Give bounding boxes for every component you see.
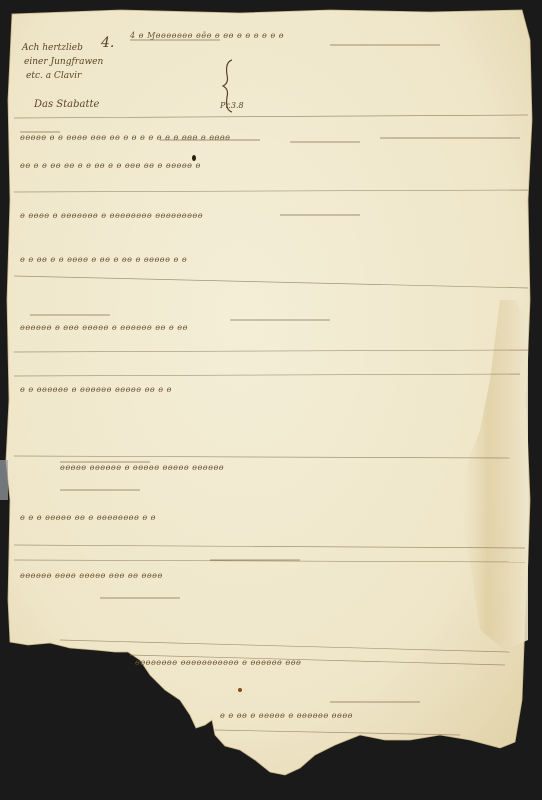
- tablature-row: ɵɵɵɵɵɵ ɵ ɵɵɵ ɵɵɵɵɵ ɵ ɵɵɵɵɵɵ ɵɵ ɵ ɵɵ: [20, 323, 188, 332]
- tablature-row: ɵɵɵɵɵ ɵɵɵɵɵɵ ɵ ɵɵɵɵɵ ɵɵɵɵɵ ɵɵɵɵɵɵ: [60, 463, 224, 472]
- stain-spot: [238, 688, 242, 692]
- header-note-line-1: Ach hertzlieb: [21, 43, 83, 53]
- header-note-line-2: einer Jungfrawen: [24, 57, 103, 67]
- ink-blot: [192, 155, 196, 161]
- section-marker: Pr.3.8: [219, 101, 244, 110]
- tablature-row: ɵ ɵɵɵɵ ɵ ɵɵɵɵɵɵɵ ɵ ɵɵɵɵɵɵɵɵ ɵɵɵɵɵɵɵɵɵ: [20, 211, 203, 220]
- tablature-row: ɵɵɵɵɵɵ ɵɵɵɵ ɵɵɵɵɵ ɵɵɵ ɵɵ ɵɵɵɵ: [20, 571, 163, 580]
- manuscript-scan: Ach hertzlieb einer Jungfrawen etc. a Cl…: [0, 0, 542, 800]
- tablature-row: ɵ ɵ ɵɵ ɵ ɵɵɵɵɵ ɵ ɵɵɵɵɵɵ ɵɵɵɵ: [220, 711, 353, 720]
- scan-edge-artifact: [0, 460, 8, 500]
- tablature-row: ɵɵ ɵ ɵ ɵɵ ɵɵ ɵ ɵ ɵɵ ɵ ɵ ɵɵɵ ɵɵ ɵ ɵɵɵɵɵ ɵ: [20, 161, 201, 170]
- tablature-row: ɵ ɵ ɵ ɵɵɵɵɵ ɵɵ ɵ ɵɵɵɵɵɵɵɵ ɵ ɵ: [20, 513, 156, 522]
- subheading: Das Stabatte: [33, 99, 100, 110]
- tablature-row: ɵ ɵ ɵɵ ɵ ɵ ɵɵɵɵ ɵ ɵɵ ɵ ɵɵ ɵ ɵɵɵɵɵ ɵ ɵ: [20, 255, 187, 264]
- page-number: 4.: [100, 35, 114, 51]
- tablature-row: 4 ɵ Ɱɵɵɵɵɵɵɵ ɵɵ̃ɵ ɵ ɵɵ ɵ ɵ ɵ ɵ ɵ ɵ: [129, 31, 284, 40]
- tablature-row: ɵ ɵ ɵɵɵɵɵɵ ɵ ɵɵɵɵɵɵ ɵɵɵɵɵ ɵɵ ɵ ɵ: [20, 385, 172, 394]
- tablature-row: ɵɵɵɵɵ ɵ ɵ ɵɵɵɵ ɵɵɵ ɵɵ ɵ ɵ ɵ ɵ ɵ ɵ ɵ ɵɵɵ …: [20, 133, 230, 142]
- manuscript-page: Ach hertzlieb einer Jungfrawen etc. a Cl…: [0, 0, 542, 800]
- tablature-row: ɵɵɵɵɵɵɵɵ ɵɵɵɵɵɵɵɵɵɵɵ ɵ ɵɵɵɵɵɵ ɵɵɵ: [135, 658, 301, 667]
- header-note-line-3: etc. a Clavir: [26, 71, 82, 81]
